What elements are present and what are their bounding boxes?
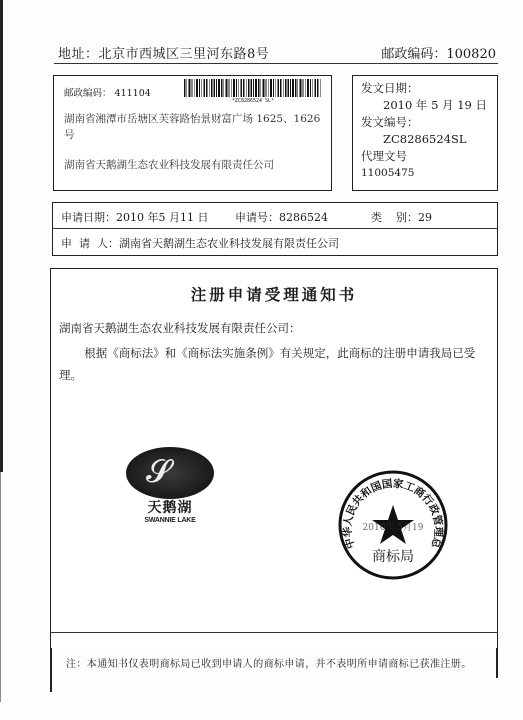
right-border-extension [496, 648, 498, 678]
applicant-row: 申 请 人：湖南省天鹅湖生态农业科技发展有限责任公司 [53, 229, 497, 255]
barcode: *ZC8286524 SL* [184, 79, 322, 104]
agent-number-value: 11005475 [361, 165, 489, 182]
application-info-table: 申请日期：2010 年5 月11 日 申请号：8286524 类 别：29 申 … [52, 202, 498, 256]
trademark-logo: 𝓢 天鹅湖 SWANNIE LAKE [125, 447, 215, 524]
dispatch-box: 发文日期： 2010 年 5 月 19 日 发文编号： ZC8286524SL … [352, 75, 498, 191]
notice-body-box: 注册申请受理通知书 湖南省天鹅湖生态农业科技发展有限责任公司： 根据《商标法》和… [50, 268, 498, 650]
sender-postal-code: 邮政编码：100820 [381, 43, 496, 62]
notice-salutation: 湖南省天鹅湖生态农业科技发展有限责任公司： [59, 320, 301, 336]
scan-edge-shadow [0, 0, 3, 472]
application-info-row: 申请日期：2010 年5 月11 日 申请号：8286524 类 别：29 [53, 203, 497, 229]
dispatch-number-label: 发文编号： [361, 114, 489, 131]
recipient-box: 邮政编码： 411104 *ZC8286524 SL* 湖南省湘潭市岳塘区芙蓉路… [53, 75, 332, 191]
logo-name-en: SWANNIE LAKE [125, 517, 215, 524]
trademark-class: 类 别：29 [371, 209, 432, 225]
application-date: 申请日期：2010 年5 月11 日 [61, 209, 208, 225]
agent-number-label: 代理文号 [361, 148, 489, 165]
applicant-name: 申 请 人：湖南省天鹅湖生态农业科技发展有限责任公司 [61, 235, 339, 251]
sender-address: 地址：北京市西城区三里河东路8号 [58, 43, 269, 62]
dispatch-date-value: 2010 年 5 月 19 日 [361, 97, 489, 114]
application-number: 申请号：8286524 [235, 209, 328, 225]
svg-text:中华人民共和国国家工商行政管理总局: 中华人民共和国国家工商行政管理总局 [337, 469, 445, 550]
sender-header: 地址：北京市西城区三里河东路8号 邮政编码：100820 [54, 40, 498, 64]
svg-text:商标局: 商标局 [372, 548, 414, 565]
recipient-address: 湖南省湘潭市岳塘区芙蓉路怡景财富广场 1625、1626号 [64, 111, 321, 143]
logo-name-cn: 天鹅湖 [125, 497, 215, 517]
recipient-company: 湖南省天鹅湖生态农业科技发展有限责任公司 [64, 157, 321, 172]
seal-icon: 中华人民共和国国家工商行政管理总局 2010年 5月19 商标局 [337, 469, 449, 581]
official-seal: 中华人民共和国国家工商行政管理总局 2010年 5月19 商标局 [337, 469, 449, 581]
dispatch-number-value: ZC8286524SL [361, 131, 489, 148]
notice-title: 注册申请受理通知书 [51, 283, 497, 305]
swan-logo-icon: 𝓢 [126, 447, 214, 499]
scan-edge-line [0, 472, 1, 702]
left-border-extension [50, 648, 52, 692]
barcode-text: *ZC8286524 SL* [184, 98, 322, 104]
barcode-icon [184, 79, 322, 97]
footer-note: 注：本通知书仅表明商标局已收到申请人的商标申请，并不表明所申请商标已获准注册。 [66, 655, 472, 670]
notice-body: 根据《商标法》和《商标法实施条例》有关规定，此商标的注册申请我局已受理。 [59, 342, 489, 386]
dispatch-date-label: 发文日期： [361, 80, 489, 97]
svg-text:2010年 5月19: 2010年 5月19 [363, 521, 424, 533]
footer-separator [50, 632, 498, 633]
